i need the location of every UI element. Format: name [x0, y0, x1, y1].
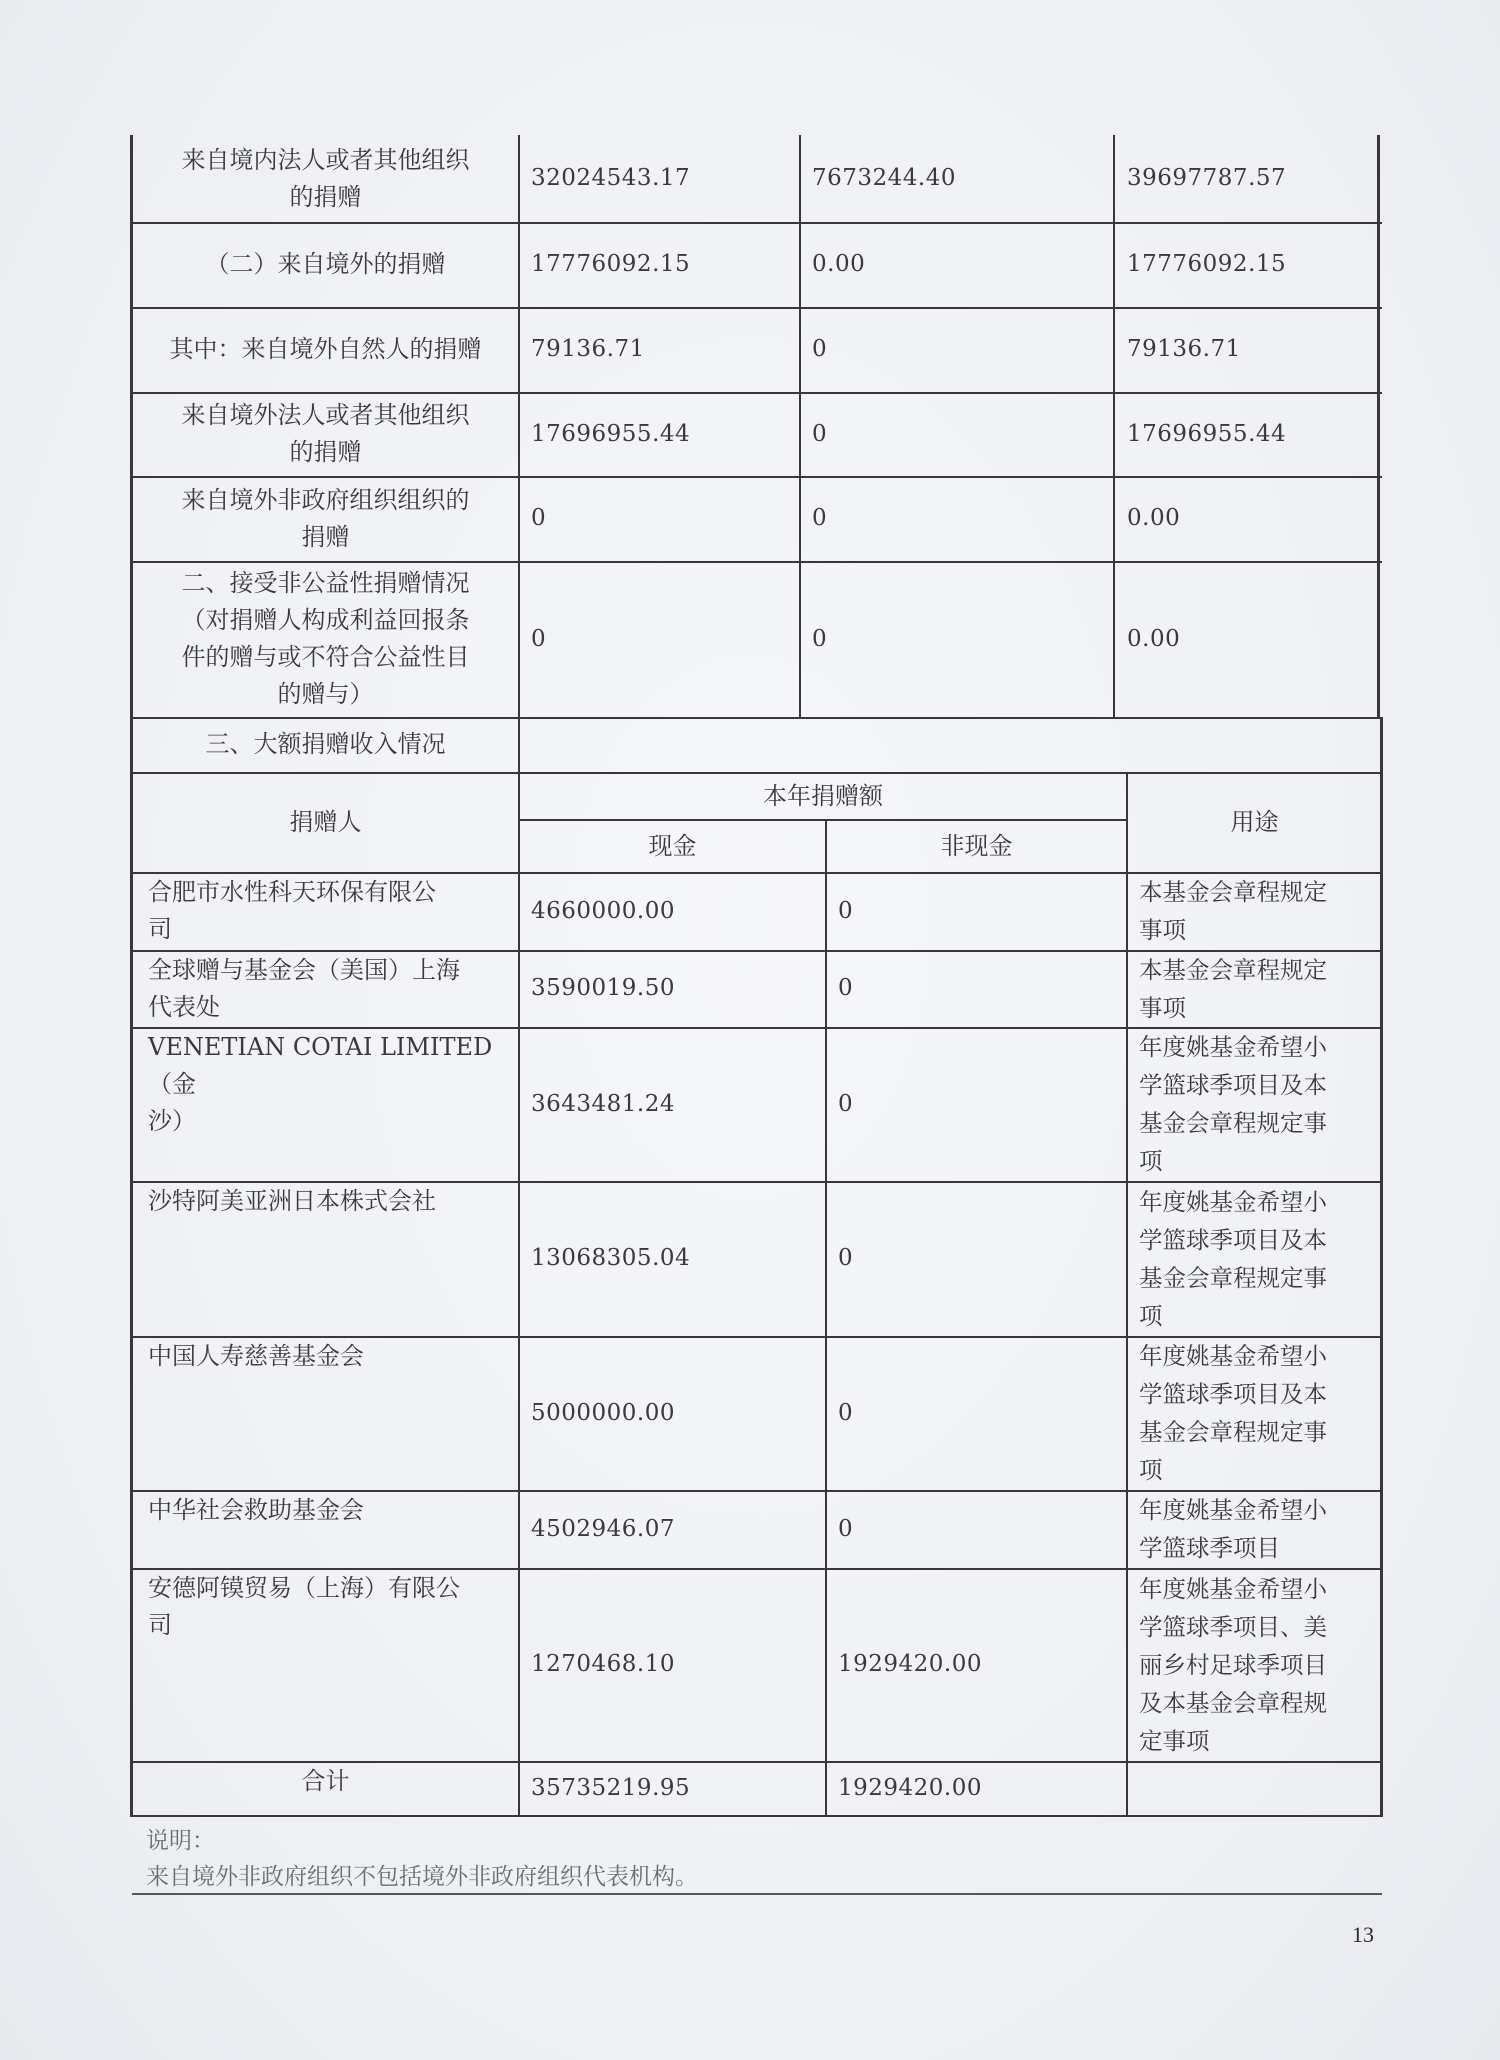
donor-name: 中国人寿慈善基金会	[132, 1336, 519, 1490]
section-title-text: 三、大额捐赠收入情况	[206, 726, 446, 763]
text-line: 来自境外法人或者其他组织	[182, 397, 470, 434]
cash-amount: 3643481.24	[519, 1027, 826, 1181]
row-label-text: 来自境外非政府组织组织的捐赠	[182, 482, 470, 556]
text-line: 合肥市水性科天环保有限公	[148, 874, 436, 911]
text-line: 中华社会救助基金会	[148, 1492, 364, 1529]
cash-amount-text: 4502946.07	[531, 1511, 675, 1548]
cell-col3: 79136.71	[1115, 307, 1378, 392]
cell-col2: 0.00	[800, 222, 1115, 307]
table-rule	[132, 476, 1382, 478]
row-label-text: （二）来自境外的捐赠	[206, 246, 446, 283]
cell-col2-text: 0.00	[812, 246, 865, 283]
text-line: 的赠与）	[182, 676, 470, 713]
cell-col1-text: 17696955.44	[531, 416, 690, 453]
notes-heading: 说明：	[146, 1822, 215, 1855]
cash-amount-text: 1270468.10	[531, 1646, 675, 1683]
donor-name: 中华社会救助基金会	[132, 1490, 519, 1568]
cell-col2-text: 0	[812, 331, 827, 368]
text-line: 安德阿镆贸易（上海）有限公	[148, 1570, 460, 1607]
text-line: 学篮球季项目、美	[1139, 1608, 1327, 1646]
total-noncash: 1929420.00	[826, 1761, 1127, 1815]
text-line: 年度姚基金希望小	[1139, 1337, 1327, 1375]
row-label: 其中：来自境外自然人的捐赠	[132, 307, 519, 392]
noncash-amount-text: 0	[838, 1511, 853, 1548]
text-line: 司	[148, 911, 436, 948]
donor-name: VENETIAN COTAI LIMITED（金沙）	[132, 1027, 519, 1181]
noncash-amount: 0	[826, 1027, 1127, 1181]
donor-name-text: 全球赠与基金会（美国）上海代表处	[148, 952, 460, 1026]
text-line: 基金会章程规定事	[1139, 1259, 1327, 1297]
donor-name: 安德阿镆贸易（上海）有限公司	[132, 1568, 519, 1761]
table-rule	[799, 135, 801, 717]
noncash-amount: 0	[826, 1181, 1127, 1336]
text-line: 二、接受非公益性捐赠情况	[182, 565, 470, 602]
cell-col2: 0	[800, 561, 1115, 717]
header-amount-group-text: 本年捐赠额	[763, 778, 883, 815]
cash-amount: 3590019.50	[519, 950, 826, 1027]
text-line: 项	[1139, 1142, 1327, 1180]
noncash-amount: 1929420.00	[826, 1568, 1127, 1761]
cell-col3-text: 17696955.44	[1127, 416, 1286, 453]
cell-col2: 0	[800, 392, 1115, 476]
donor-name-text: 沙特阿美亚洲日本株式会社	[148, 1183, 436, 1220]
cash-amount-text: 3643481.24	[531, 1086, 675, 1123]
noncash-amount: 0	[826, 872, 1127, 950]
noncash-amount: 0	[826, 1336, 1127, 1490]
cell-col3-text: 79136.71	[1127, 331, 1241, 368]
cash-amount: 4502946.07	[519, 1490, 826, 1568]
text-line: 件的赠与或不符合公益性目	[182, 639, 470, 676]
cash-amount-text: 13068305.04	[531, 1240, 690, 1277]
row-label: 来自境内法人或者其他组织的捐赠	[132, 135, 519, 222]
text-line: 本基金会章程规定	[1139, 873, 1327, 911]
noncash-amount-text: 1929420.00	[838, 1646, 982, 1683]
footer-divider	[132, 1893, 1382, 1895]
table-left-border	[130, 135, 133, 717]
cell-col1-text: 79136.71	[531, 331, 645, 368]
purpose-text: 本基金会章程规定事项	[1139, 951, 1327, 1027]
donor-name-text: 合肥市水性科天环保有限公司	[148, 874, 436, 948]
cell-col2: 7673244.40	[800, 135, 1115, 222]
text-line: 中国人寿慈善基金会	[148, 1338, 364, 1375]
cell-col1-text: 17776092.15	[531, 246, 690, 283]
purpose: 年度姚基金希望小学篮球季项目	[1127, 1490, 1382, 1568]
cell-col3: 39697787.57	[1115, 135, 1378, 222]
table-rule	[132, 392, 1382, 394]
row-label: （二）来自境外的捐赠	[132, 222, 519, 307]
text-line: 全球赠与基金会（美国）上海	[148, 952, 460, 989]
table-rule	[519, 819, 1127, 821]
noncash-amount-text: 0	[838, 1395, 853, 1432]
donor-name-text: VENETIAN COTAI LIMITED（金沙）	[148, 1029, 519, 1140]
text-line: VENETIAN COTAI LIMITED（金	[148, 1029, 519, 1103]
text-line: 事项	[1139, 989, 1327, 1027]
row-label-text: 二、接受非公益性捐赠情况（对捐赠人构成利益回报条件的赠与或不符合公益性目的赠与）	[182, 565, 470, 713]
header-noncash: 非现金	[826, 820, 1127, 872]
total-cash: 35735219.95	[519, 1761, 826, 1815]
cash-amount: 13068305.04	[519, 1181, 826, 1336]
header-purpose-text: 用途	[1231, 804, 1279, 841]
text-line: 来自境外非政府组织组织的	[182, 482, 470, 519]
text-line: 其中：来自境外自然人的捐赠	[170, 331, 482, 368]
cell-col3: 17696955.44	[1115, 392, 1378, 476]
cell-col3-text: 0.00	[1127, 621, 1180, 658]
cash-amount-text: 4660000.00	[531, 893, 675, 930]
row-label: 二、接受非公益性捐赠情况（对捐赠人构成利益回报条件的赠与或不符合公益性目的赠与）	[132, 561, 519, 717]
purpose-text: 年度姚基金希望小学篮球季项目、美丽乡村足球季项目及本基金会章程规定事项	[1139, 1570, 1327, 1760]
cell-col2-text: 0	[812, 416, 827, 453]
donor-name-text: 中华社会救助基金会	[148, 1492, 364, 1529]
donor-name: 全球赠与基金会（美国）上海代表处	[132, 950, 519, 1027]
text-line: 的捐赠	[182, 179, 470, 216]
text-line: 司	[148, 1607, 460, 1644]
notes-text: 来自境外非政府组织不包括境外非政府组织代表机构。	[146, 1858, 698, 1891]
section-title: 三、大额捐赠收入情况	[132, 717, 519, 772]
cash-amount-text: 3590019.50	[531, 970, 675, 1007]
text-line: 学篮球季项目及本	[1139, 1375, 1327, 1413]
table-right-border	[1377, 135, 1380, 717]
text-line: 沙特阿美亚洲日本株式会社	[148, 1183, 436, 1220]
cell-col1-text: 0	[531, 500, 546, 537]
cell-col2-text: 0	[812, 621, 827, 658]
text-line: 项	[1139, 1451, 1327, 1489]
text-line: 学篮球季项目及本	[1139, 1221, 1327, 1259]
total-noncash-text: 1929420.00	[838, 1770, 982, 1807]
text-line: 年度姚基金希望小	[1139, 1028, 1327, 1066]
text-line: 学篮球季项目及本	[1139, 1066, 1327, 1104]
purpose: 年度姚基金希望小学篮球季项目及本基金会章程规定事项	[1127, 1181, 1382, 1336]
row-label-text: 来自境内法人或者其他组织的捐赠	[182, 142, 470, 216]
cell-col1: 17696955.44	[519, 392, 800, 476]
purpose-text: 年度姚基金希望小学篮球季项目	[1139, 1491, 1327, 1567]
header-amount-group: 本年捐赠额	[519, 772, 1127, 820]
noncash-amount-text: 0	[838, 1240, 853, 1277]
text-line: 沙）	[148, 1103, 519, 1140]
donor-name: 合肥市水性科天环保有限公司	[132, 872, 519, 950]
header-purpose: 用途	[1127, 772, 1382, 872]
page-number: 13	[1352, 1922, 1374, 1948]
text-line: 定事项	[1139, 1722, 1327, 1760]
text-line: 年度姚基金希望小	[1139, 1183, 1327, 1221]
noncash-amount: 0	[826, 1490, 1127, 1568]
header-cash-text: 现金	[649, 828, 697, 865]
noncash-amount-text: 0	[838, 893, 853, 930]
table-rule	[518, 135, 520, 717]
cell-col2: 0	[800, 476, 1115, 561]
purpose: 本基金会章程规定事项	[1127, 872, 1382, 950]
cash-amount: 1270468.10	[519, 1568, 826, 1761]
header-cash: 现金	[519, 820, 826, 872]
row-label-text: 来自境外法人或者其他组织的捐赠	[182, 397, 470, 471]
text-line: （对捐赠人构成利益回报条	[182, 602, 470, 639]
purpose-text: 年度姚基金希望小学篮球季项目及本基金会章程规定事项	[1139, 1028, 1327, 1180]
table-rule	[1113, 135, 1115, 717]
cash-amount: 4660000.00	[519, 872, 826, 950]
header-donor-text: 捐赠人	[290, 804, 362, 841]
text-line: 捐赠	[182, 519, 470, 556]
cell-col1: 0	[519, 561, 800, 717]
row-label-text: 其中：来自境外自然人的捐赠	[170, 331, 482, 368]
text-line: 年度姚基金希望小	[1139, 1570, 1327, 1608]
cell-col3-text: 17776092.15	[1127, 246, 1286, 283]
cell-col2-text: 0	[812, 500, 827, 537]
cell-col3-text: 0.00	[1127, 500, 1180, 537]
purpose: 年度姚基金希望小学篮球季项目及本基金会章程规定事项	[1127, 1336, 1382, 1490]
text-line: 代表处	[148, 989, 460, 1026]
text-line: 丽乡村足球季项目	[1139, 1646, 1327, 1684]
table-rule	[132, 222, 1382, 224]
text-line: （二）来自境外的捐赠	[206, 246, 446, 283]
text-line: 年度姚基金希望小	[1139, 1491, 1327, 1529]
cell-col3: 0.00	[1115, 476, 1378, 561]
purpose: 本基金会章程规定事项	[1127, 950, 1382, 1027]
donor-name-text: 安德阿镆贸易（上海）有限公司	[148, 1570, 460, 1644]
text-line: 项	[1139, 1297, 1327, 1335]
table-rule	[518, 717, 520, 772]
table-bottom-border	[132, 1815, 1382, 1817]
cell-col3-text: 39697787.57	[1127, 160, 1286, 197]
cell-col1: 32024543.17	[519, 135, 800, 222]
purpose-text: 年度姚基金希望小学篮球季项目及本基金会章程规定事项	[1139, 1337, 1327, 1489]
header-donor: 捐赠人	[132, 772, 519, 872]
total-purpose	[1127, 1761, 1382, 1815]
cell-col1: 0	[519, 476, 800, 561]
text-line: 学篮球季项目	[1139, 1529, 1327, 1567]
text-line: 来自境内法人或者其他组织	[182, 142, 470, 179]
row-label: 来自境外非政府组织组织的捐赠	[132, 476, 519, 561]
donor-name-text: 中国人寿慈善基金会	[148, 1338, 364, 1375]
table-rule	[132, 561, 1382, 563]
noncash-amount-text: 0	[838, 1086, 853, 1123]
row-label: 来自境外法人或者其他组织的捐赠	[132, 392, 519, 476]
donor-name: 沙特阿美亚洲日本株式会社	[132, 1181, 519, 1336]
noncash-amount-text: 0	[838, 970, 853, 1007]
header-noncash-text: 非现金	[941, 828, 1013, 865]
purpose-text: 年度姚基金希望小学篮球季项目及本基金会章程规定事项	[1139, 1183, 1327, 1335]
cell-col1-text: 32024543.17	[531, 160, 690, 197]
text-line: 本基金会章程规定	[1139, 951, 1327, 989]
cell-col3: 17776092.15	[1115, 222, 1378, 307]
cell-col3: 0.00	[1115, 561, 1378, 717]
cell-col1: 79136.71	[519, 307, 800, 392]
text-line: 的捐赠	[182, 434, 470, 471]
text-line: 事项	[1139, 911, 1327, 949]
total-label: 合计	[132, 1761, 519, 1815]
noncash-amount: 0	[826, 950, 1127, 1027]
purpose-text: 本基金会章程规定事项	[1139, 873, 1327, 949]
table-rule	[132, 307, 1382, 309]
text-line: 基金会章程规定事	[1139, 1413, 1327, 1451]
purpose: 年度姚基金希望小学篮球季项目、美丽乡村足球季项目及本基金会章程规定事项	[1127, 1568, 1382, 1761]
cell-col1-text: 0	[531, 621, 546, 658]
cell-col1: 17776092.15	[519, 222, 800, 307]
purpose: 年度姚基金希望小学篮球季项目及本基金会章程规定事项	[1127, 1027, 1382, 1181]
cash-amount-text: 5000000.00	[531, 1395, 675, 1432]
total-cash-text: 35735219.95	[531, 1770, 690, 1807]
text-line: 基金会章程规定事	[1139, 1104, 1327, 1142]
cash-amount: 5000000.00	[519, 1336, 826, 1490]
total-label-text: 合计	[302, 1763, 350, 1800]
text-line: 及本基金会章程规	[1139, 1684, 1327, 1722]
cell-col2: 0	[800, 307, 1115, 392]
cell-col2-text: 7673244.40	[812, 160, 956, 197]
